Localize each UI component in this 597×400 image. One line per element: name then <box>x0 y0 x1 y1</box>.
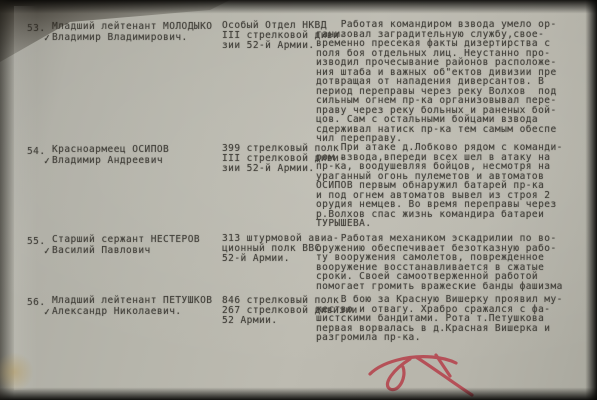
document-photo: 53. Младший лейтенант МОЛОДЫКО Владимир … <box>0 0 597 400</box>
checkmark-icon: ✓ <box>43 33 50 45</box>
entry-name: Младший лейтенант ПЕТУШКОВ Александр Ник… <box>52 296 212 317</box>
entry-description: При атаке д.Лобково рядом с команди- ром… <box>316 143 590 229</box>
checkmark-icon: ✓ <box>43 307 50 319</box>
entry-name: Старший сержант НЕСТЕРОВ Василий Павлови… <box>52 235 200 256</box>
entry-description: Работая механиком эскадрилии по во- оруж… <box>316 234 590 291</box>
entry-name: Красноармеец ОСИПОВ Владимир Андреевич <box>52 145 169 166</box>
red-pencil-mark <box>330 346 490 400</box>
entry-description: Работая командиром взвода умело ор- гани… <box>316 20 590 144</box>
checkmark-icon: ✓ <box>43 246 50 258</box>
checkmark-icon: ✓ <box>43 156 50 168</box>
entry-description: В бою за Красную Вишерку проявил му- жес… <box>316 295 590 343</box>
entry-name: Младший лейтенант МОЛОДЫКО Владимир Влад… <box>52 22 212 43</box>
